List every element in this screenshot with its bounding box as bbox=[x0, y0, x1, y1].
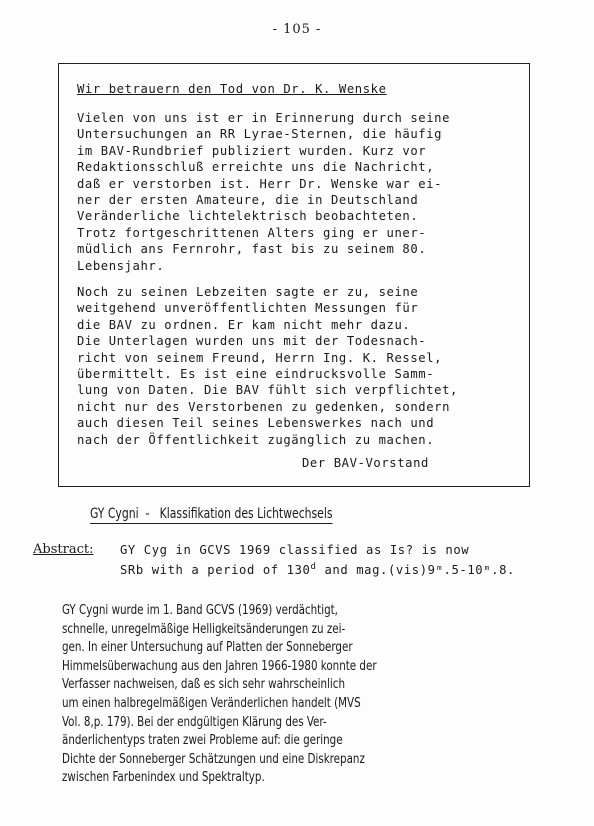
article-title: GY Cygni - Klassifikation des Lichtwechs… bbox=[90, 506, 332, 524]
obituary-paragraph-2: Noch zu seinen Lebzeiten sagte er zu, se… bbox=[77, 284, 458, 448]
obituary-title: Wir betrauern den Tod von Dr. K. Wenske bbox=[77, 82, 387, 96]
abstract-line-2-pre: SRb with a period of 130 bbox=[120, 563, 311, 577]
obituary-notice-box: Wir betrauern den Tod von Dr. K. Wenske … bbox=[58, 63, 530, 487]
page-number: - 105 - bbox=[0, 22, 594, 37]
obituary-paragraph-1: Vielen von uns ist er in Erinnerung durc… bbox=[77, 110, 450, 274]
obituary-signature: Der BAV-Vorstand bbox=[302, 456, 429, 470]
abstract-label: Abstract: bbox=[33, 542, 93, 557]
abstract-text: GY Cyg in GCVS 1969 classified as Is? is… bbox=[120, 542, 515, 578]
abstract-line-2-post: and mag.(vis)9ᵐ.5-10ᵐ.8. bbox=[317, 563, 515, 577]
article-body: GY Cygni wurde im 1. Band GCVS (1969) ve… bbox=[62, 602, 377, 788]
abstract-line-1: GY Cyg in GCVS 1969 classified as Is? is… bbox=[120, 543, 469, 557]
